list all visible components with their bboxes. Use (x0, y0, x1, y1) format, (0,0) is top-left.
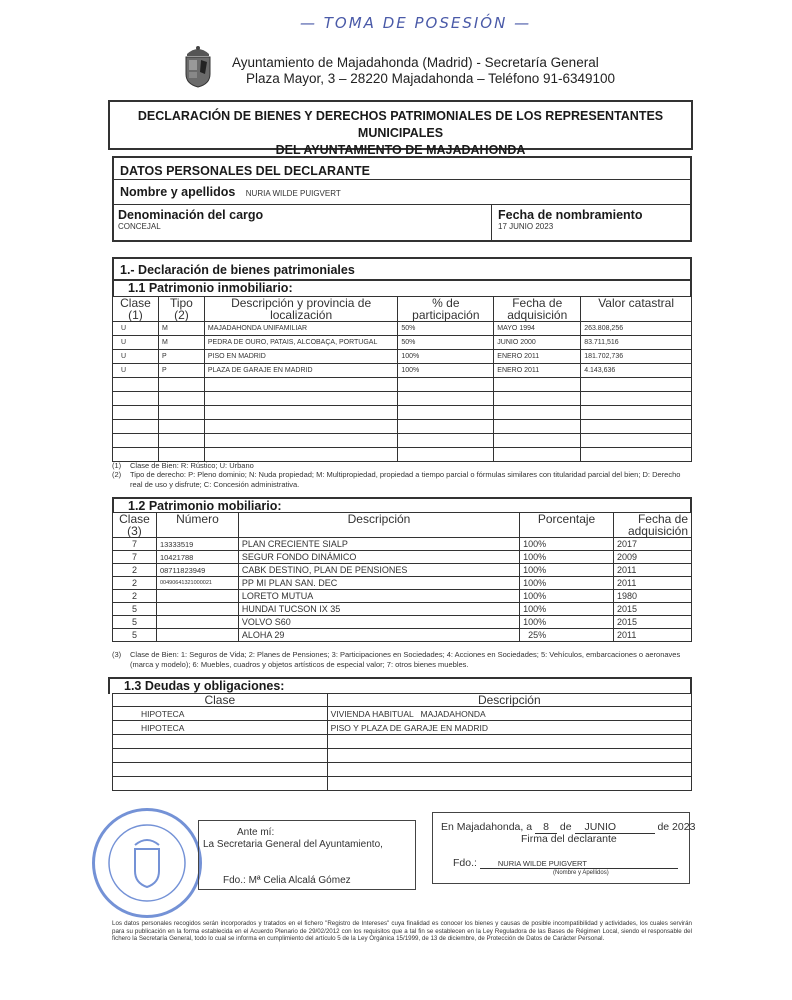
real-estate-table: Clase(1) Tipo(2) Descripción y provincia… (112, 296, 692, 462)
appointment-date-label: Fecha de nombramiento (498, 208, 686, 222)
footnote-2: (2)Tipo de derecho: P: Pleno dominio; N:… (112, 470, 690, 490)
signature-label: Firma del declarante (521, 833, 617, 845)
header-institution: Ayuntamiento de Majadahonda (Madrid) - S… (232, 55, 599, 70)
secretary-title: La Secretaria General del Ayuntamiento, (203, 839, 383, 850)
position-value: CONCEJAL (118, 222, 487, 231)
coat-of-arms-logo (183, 44, 213, 88)
table-row: HIPOTECAVIVIENDA HABITUAL MAJADAHONDA (113, 707, 692, 721)
table-row (113, 749, 692, 763)
declarant-signature-box: En Majadahonda, a 8 de JUNIO de 2023 Fir… (432, 812, 690, 884)
secretary-signature-box: Ante mí: La Secretaria General del Ayunt… (198, 820, 416, 890)
debts-table: Clase Descripción HIPOTECAVIVIENDA HABIT… (112, 693, 692, 791)
name-value: NURIA WILDE PUIGVERT (246, 189, 341, 198)
movable-header-row: Clase(3) Número Descripción Porcentaje F… (113, 513, 692, 538)
col-participacion: % departicipación (398, 297, 494, 322)
col-clase: Clase(3) (113, 513, 157, 538)
personal-data-heading: DATOS PERSONALES DEL DECLARANTE (120, 164, 370, 178)
debts-heading: 1.3 Deudas y obligaciones: (108, 677, 692, 694)
position-cell: Denominación del cargo CONCEJAL (114, 205, 492, 240)
real-estate-header-row: Clase(1) Tipo(2) Descripción y provincia… (113, 297, 692, 322)
table-row: HIPOTECAPISO Y PLAZA DE GARAJE EN MADRID (113, 721, 692, 735)
name-row: Nombre y apellidos NURIA WILDE PUIGVERT (114, 180, 690, 205)
col-clase: Clase (113, 694, 328, 707)
table-row: 710421788SEGUR FONDO DINÁMICO100%2009 (113, 551, 692, 564)
signature-line: Fdo.: NURIA WILDE PUIGVERT (453, 857, 678, 869)
appointment-date-value: 17 JUNIO 2023 (498, 222, 686, 231)
col-descripcion: Descripción (238, 513, 519, 538)
col-descripcion: Descripción y provincia delocalización (204, 297, 398, 322)
footnote-3: (3)Clase de Bien: 1: Seguros de Vida; 2:… (112, 650, 690, 670)
table-row: 5HUNDAI TUCSON IX 35100%2015 (113, 603, 692, 616)
official-stamp (92, 808, 202, 918)
table-row: 5ALOHA 2925%2011 (113, 629, 692, 642)
table-row (113, 448, 692, 462)
title-line-1: DECLARACIÓN DE BIENES Y DERECHOS PATRIMO… (110, 108, 691, 142)
table-row (113, 420, 692, 434)
personal-data-section: DATOS PERSONALES DEL DECLARANTE Nombre y… (112, 156, 692, 242)
handwritten-annotation: — TOMA DE POSESIÓN — (300, 14, 531, 32)
table-row: UMPEDRA DE OURO, PATAIS, ALCOBAÇA, PORTU… (113, 336, 692, 350)
col-tipo: Tipo(2) (158, 297, 204, 322)
real-estate-heading: 1.1 Patrimonio inmobiliario: (112, 281, 692, 297)
movable-assets-table: Clase(3) Número Descripción Porcentaje F… (112, 512, 692, 642)
col-numero: Número (156, 513, 238, 538)
col-porcentaje: Porcentaje (520, 513, 614, 538)
table-row (113, 777, 692, 791)
name-caption: (Nombre y Apellidos) (553, 870, 609, 876)
col-valor-catastral: Valor catastral (581, 297, 692, 322)
table-row (113, 735, 692, 749)
movable-assets-heading: 1.2 Patrimonio mobiliario: (112, 497, 692, 513)
debts-header-row: Clase Descripción (113, 694, 692, 707)
table-row (113, 434, 692, 448)
table-row (113, 763, 692, 777)
position-label: Denominación del cargo (118, 208, 487, 222)
table-row: 208711823949CABK DESTINO, PLAN DE PENSIO… (113, 564, 692, 577)
table-row: 5VOLVO S60100%2015 (113, 616, 692, 629)
document-title: DECLARACIÓN DE BIENES Y DERECHOS PATRIMO… (108, 100, 693, 150)
declarant-name: NURIA WILDE PUIGVERT (480, 859, 678, 869)
table-row: 2LORETO MUTUA100%1980 (113, 590, 692, 603)
table-row (113, 378, 692, 392)
name-label: Nombre y apellidos (120, 185, 235, 199)
table-row: UMMAJADAHONDA UNIFAMILIAR50%MAYO 1994263… (113, 322, 692, 336)
col-clase: Clase(1) (113, 297, 159, 322)
stamp-seal-icon (95, 811, 199, 915)
col-fecha-adquisicion: Fecha deadquisición (494, 297, 581, 322)
table-row: UPPISO EN MADRID100%ENERO 2011181.702,73… (113, 350, 692, 364)
personal-data-heading-row: DATOS PERSONALES DEL DECLARANTE (114, 158, 690, 180)
table-row (113, 406, 692, 420)
section-1-heading: 1.- Declaración de bienes patrimoniales (112, 257, 692, 281)
header-address: Plaza Mayor, 3 – 28220 Majadahonda – Tel… (246, 71, 615, 86)
table-row: UPPLAZA DE GARAJE EN MADRID100%ENERO 201… (113, 364, 692, 378)
table-row: 200490641321000021PP MI PLAN SAN. DEC100… (113, 577, 692, 590)
appointment-date-cell: Fecha de nombramiento 17 JUNIO 2023 (494, 205, 690, 240)
col-fecha-adquisicion: Fecha deadquisición (614, 513, 692, 538)
data-protection-notice: Los datos personales recogidos serán inc… (112, 920, 692, 943)
table-row: 713333519PLAN CRECIENTE SIALP100%2017 (113, 538, 692, 551)
table-row (113, 392, 692, 406)
secretary-name: Fdo.: Mª Celia Alcalá Gómez (223, 875, 351, 886)
ante-mi-label: Ante mí: (237, 827, 274, 838)
col-descripcion: Descripción (327, 694, 691, 707)
